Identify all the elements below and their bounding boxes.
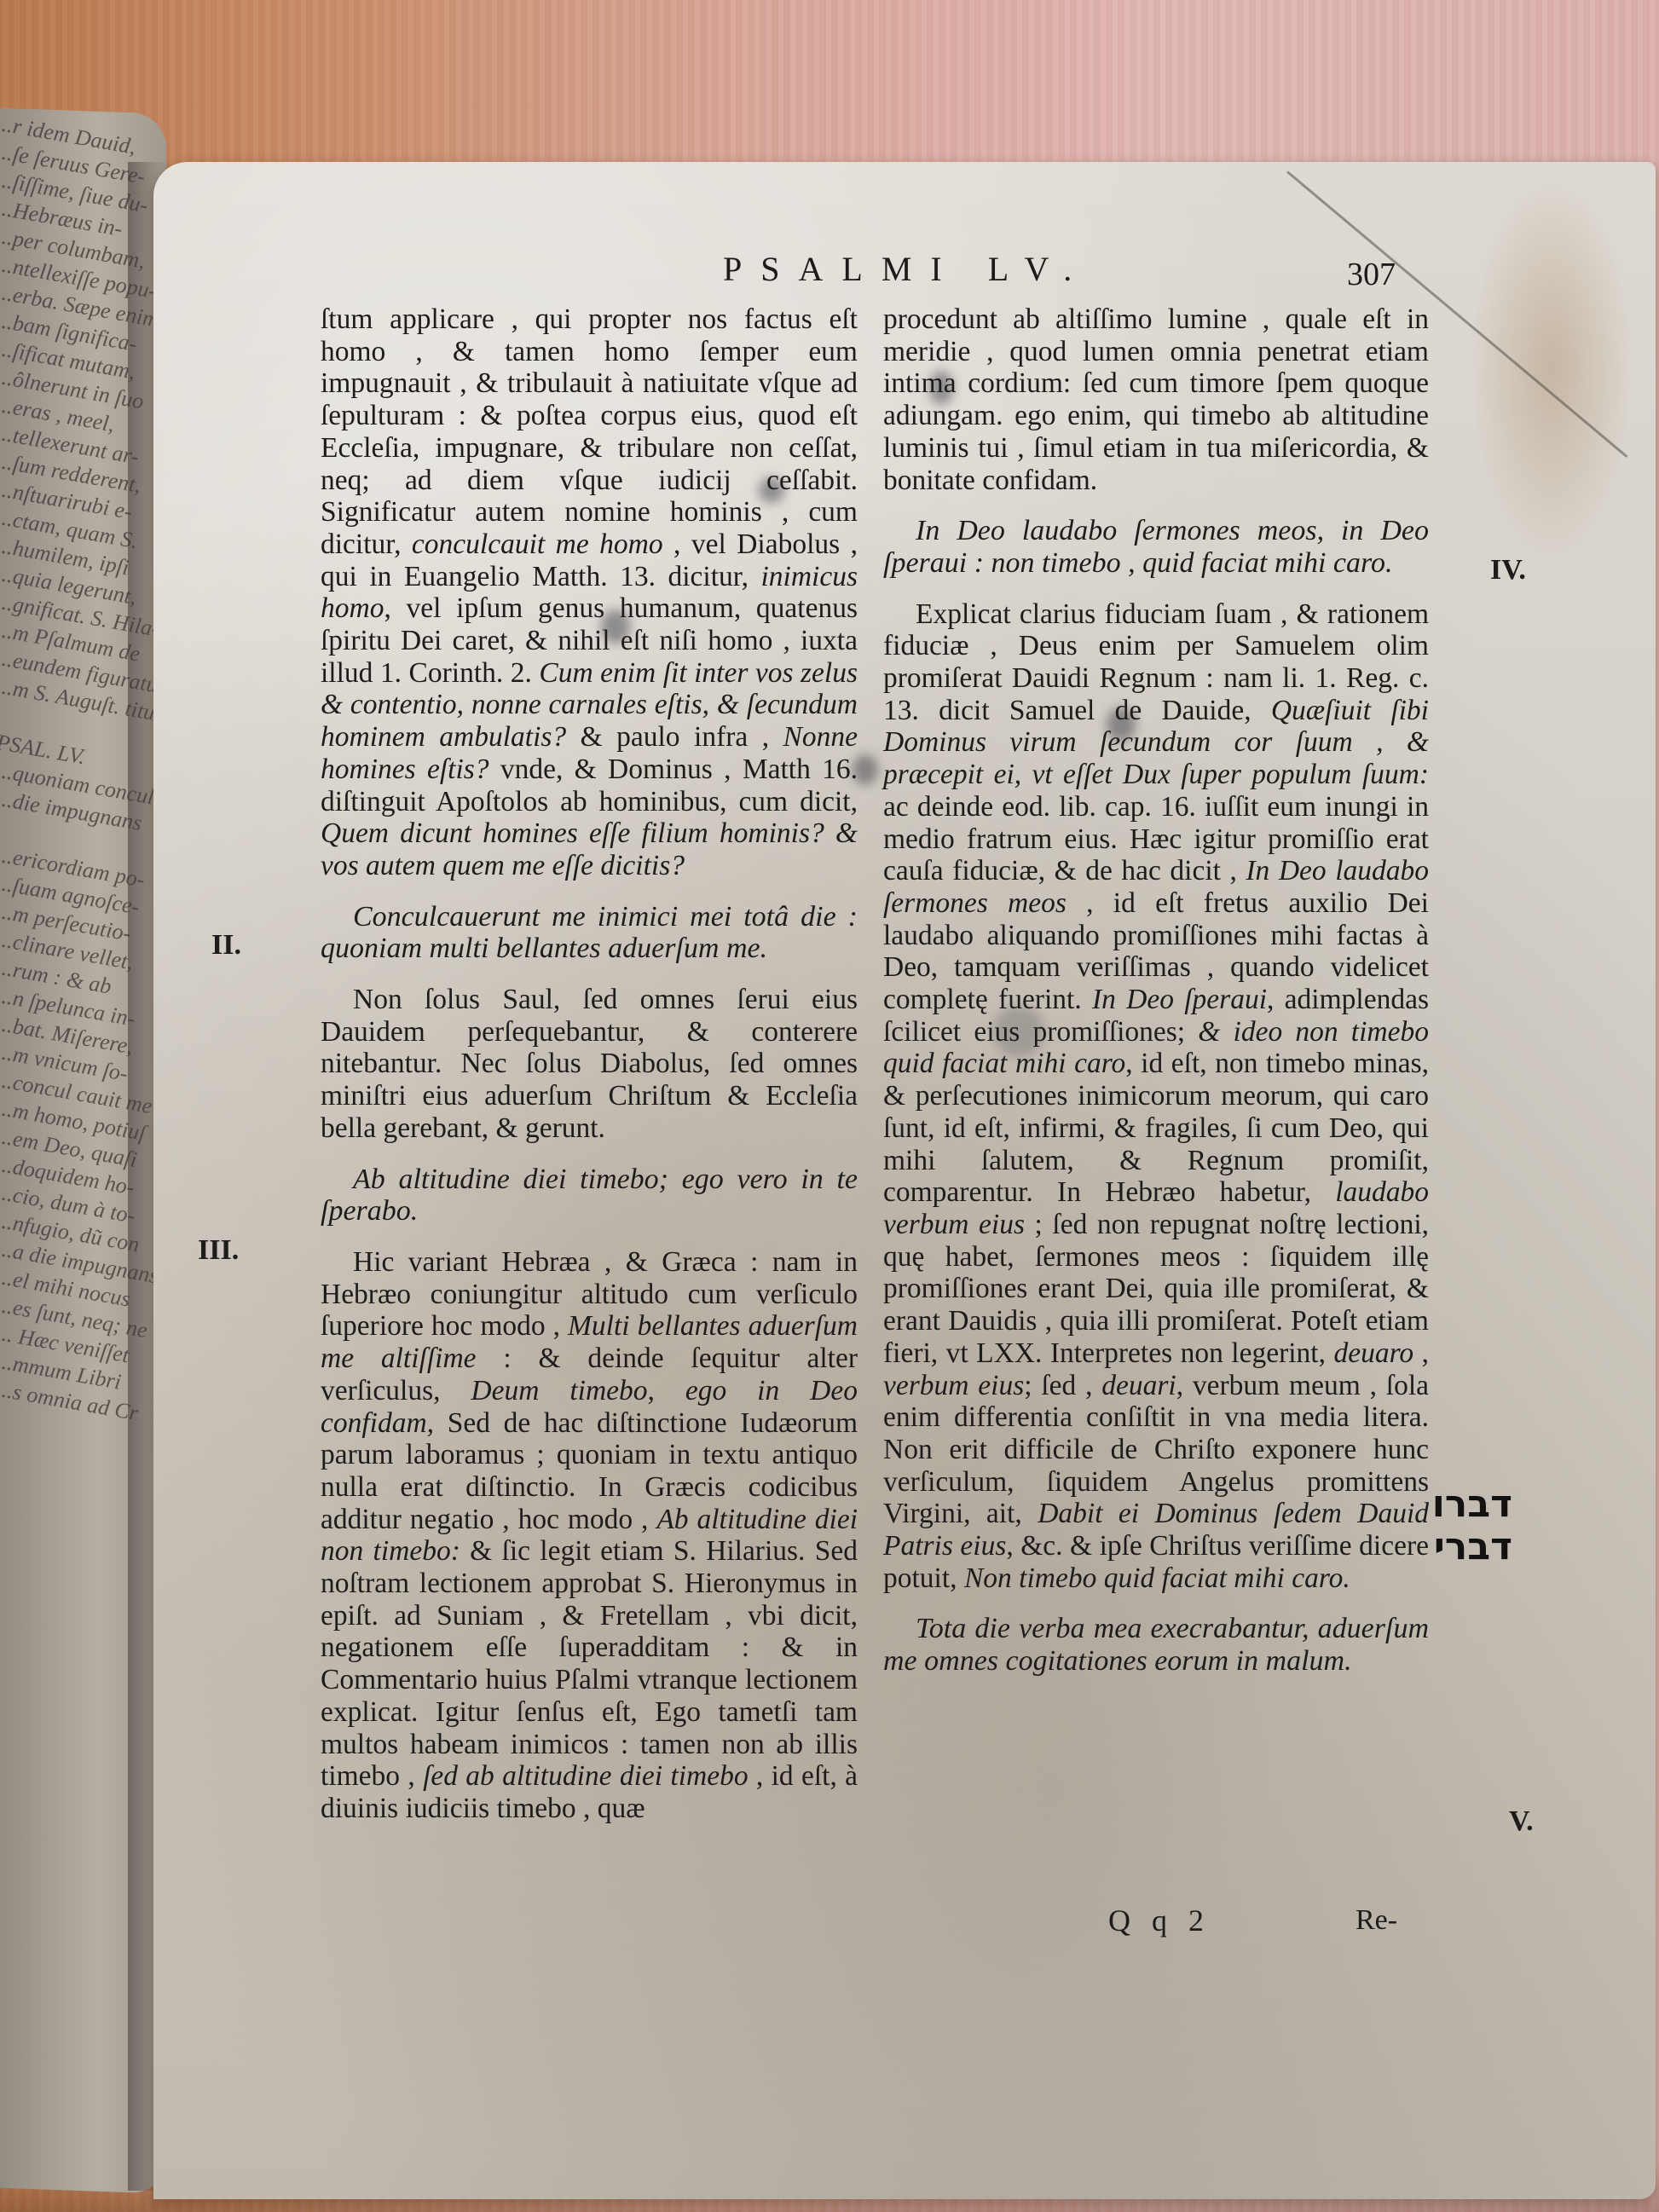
italic-quotation: deuari <box>1101 1370 1176 1401</box>
text-run: & paulo infra , <box>566 721 783 753</box>
commentary-paragraph: Hic variant Hebræa , & Græca : nam in He… <box>321 1246 858 1825</box>
signature-mark: Q q 2 <box>1108 1903 1211 1938</box>
psalm-verse: Conculcauerunt me inimici mei totâ die :… <box>321 901 858 965</box>
margin-hebrew-note: דברו דברי <box>1419 1483 1512 1568</box>
foxing-stain <box>1466 170 1637 563</box>
verse-number-marker: IV. <box>1490 554 1526 586</box>
italic-quotation: In Deo ſperaui <box>1092 984 1267 1015</box>
italic-quotation: conculcauit me homo <box>412 528 663 560</box>
italic-quotation: Quem dicunt homines eſſe filium hominis?… <box>321 817 858 881</box>
text-run: Non ſolus Saul, ſed omnes ſerui eius Dau… <box>321 984 858 1144</box>
psalm-verse: Tota die verba mea execrabantur, aduerſu… <box>883 1613 1429 1677</box>
text-run: & ſic legit etiam S. Hilarius. Sed noſtr… <box>321 1535 858 1792</box>
left-text-column: ſtum applicare , qui propter nos factus … <box>321 303 858 1825</box>
hebrew-word-2: דברי <box>1419 1526 1512 1568</box>
commentary-paragraph: Explicat clarius fiduciam ſuam , & ratio… <box>883 598 1429 1595</box>
verse-number-marker: II. <box>211 929 241 962</box>
italic-quotation: deuaro <box>1333 1337 1413 1369</box>
italic-quotation: verbum eius <box>883 1370 1024 1401</box>
text-run: , <box>1413 1337 1429 1369</box>
running-head: PSALMI LV. <box>723 249 1090 289</box>
text-run: ſtum applicare , qui propter nos factus … <box>321 303 858 560</box>
psalm-verse: Ab altitudine diei timebo; ego vero in t… <box>321 1164 858 1227</box>
commentary-paragraph: procedunt ab altiſſimo lumine , quale eſ… <box>883 303 1429 496</box>
verse-number-marker: V. <box>1509 1805 1534 1838</box>
italic-quotation: Non timebo quid faciat mihi caro. <box>964 1562 1350 1594</box>
right-text-column: procedunt ab altiſſimo lumine , quale eſ… <box>883 303 1429 1696</box>
psalm-verse: In Deo laudabo ſermones meos, in Deo ſpe… <box>883 515 1429 579</box>
commentary-paragraph: Non ſolus Saul, ſed omnes ſerui eius Dau… <box>321 984 858 1145</box>
hebrew-word-1: דברו <box>1419 1483 1512 1526</box>
catchword: Re- <box>1356 1904 1397 1937</box>
commentary-paragraph: ſtum applicare , qui propter nos factus … <box>321 303 858 882</box>
page-number: 307 <box>1347 256 1396 293</box>
italic-quotation: ſed ab altitudine diei timebo <box>423 1760 749 1792</box>
text-run: ; ſed , <box>1024 1370 1101 1401</box>
text-run: procedunt ab altiſſimo lumine , quale eſ… <box>883 303 1429 496</box>
verse-number-marker: III. <box>198 1234 239 1267</box>
